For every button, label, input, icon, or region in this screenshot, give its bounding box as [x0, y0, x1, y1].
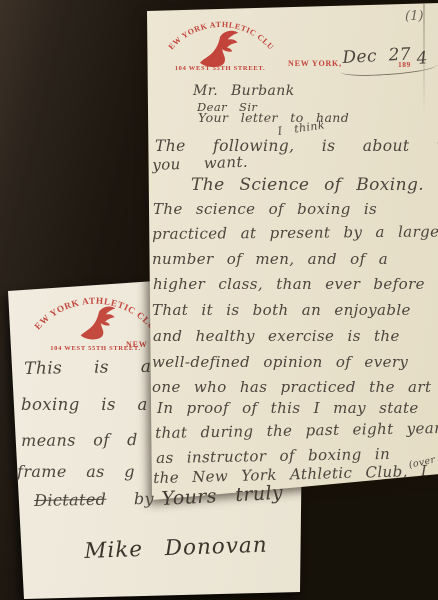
valediction: Yours truly — [161, 483, 284, 510]
dictated-word: Dictated — [34, 490, 107, 510]
dictated-by-word: by — [134, 489, 154, 508]
signature: Mike Donovan — [84, 534, 268, 564]
dictated-line: Dictated by — [34, 490, 154, 510]
closing-overlay: Dictated by Yours truly Mike Donovan — [0, 0, 438, 600]
letter-photo: NEW YORK ATHLETIC CLUB 104 WEST 55TH STR… — [0, 0, 438, 600]
